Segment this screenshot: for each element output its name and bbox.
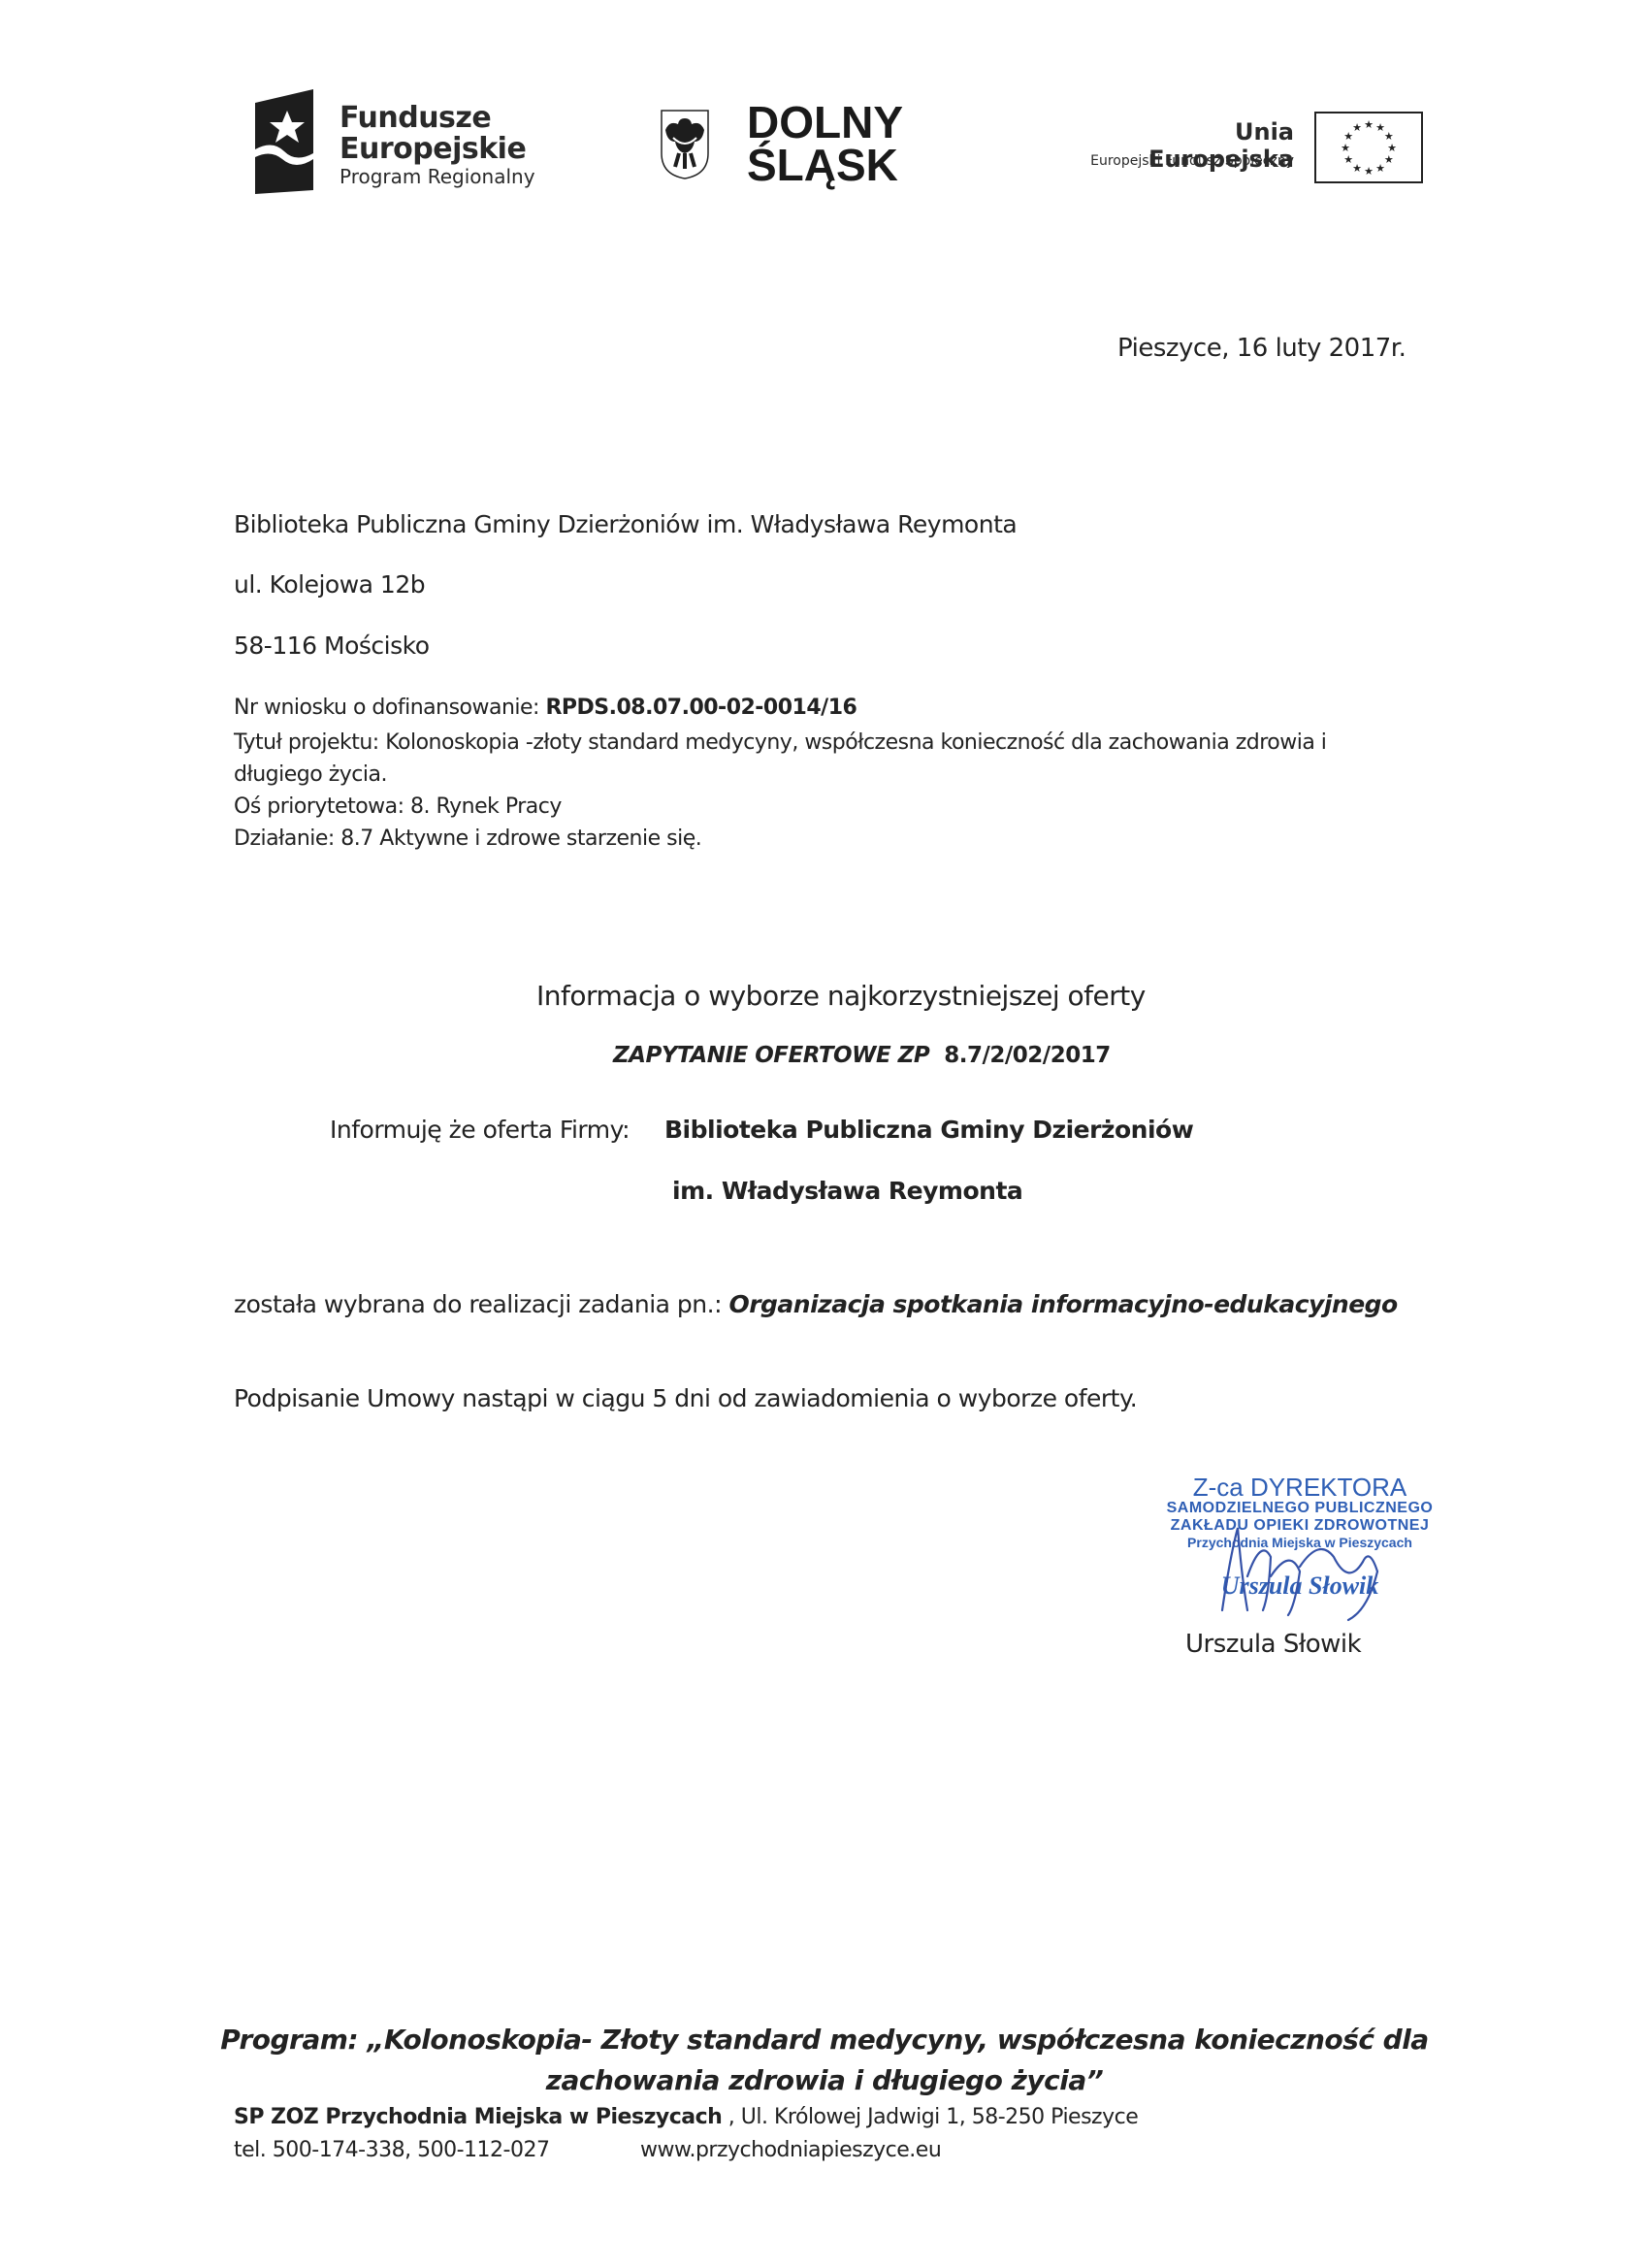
signer-name: Urszula Słowik: [1185, 1630, 1361, 1659]
lower-silesia-eagle-crest-icon: [660, 109, 710, 180]
fe-logo-subtitle: Program Regionalny: [339, 165, 535, 188]
action-line: Działanie: 8.7 Aktywne i zdrowe starzeni…: [234, 826, 701, 851]
svg-text:★: ★: [1352, 122, 1362, 134]
date-line: Pieszyce, 16 luty 2017r.: [1117, 334, 1406, 363]
region-logo-line1: DOLNY: [747, 101, 903, 144]
firm-name-line2: im. Władysława Reymonta: [672, 1177, 1022, 1205]
priority-axis: Oś priorytetowa: 8. Rynek Pracy: [234, 794, 562, 819]
svg-text:★: ★: [1341, 143, 1350, 154]
selection-label: została wybrana do realizacji zadania pn…: [234, 1290, 728, 1318]
footer-program-line1: Program: „Kolonoskopia- Złoty standard m…: [0, 2024, 1649, 2056]
inform-label: Informuję że oferta Firmy:: [330, 1116, 630, 1144]
stamp-line1: Z-ca DYREKTORA: [1125, 1474, 1474, 1500]
svg-text:★: ★: [1387, 143, 1397, 154]
region-logo-line2: ŚLĄSK: [747, 144, 903, 186]
handwritten-signature-icon: [1154, 1518, 1406, 1625]
footer-address: SP ZOZ Przychodnia Miejska w Pieszycach …: [234, 2105, 1138, 2129]
svg-text:★: ★: [1375, 163, 1385, 175]
svg-text:★: ★: [1352, 163, 1362, 175]
project-title-line2: długiego życia.: [234, 762, 387, 787]
footer-org-name: SP ZOZ Przychodnia Miejska w Pieszycach: [234, 2105, 722, 2129]
footer-org-address: , Ul. Królowej Jadwigi 1, 58-250 Pieszyc…: [722, 2105, 1138, 2129]
task-name: Organizacja spotkania informacyjno-eduka…: [728, 1290, 1397, 1318]
project-title-line1: Tytuł projektu: Kolonoskopia -złoty stan…: [234, 730, 1458, 755]
eu-flag-stars-icon: ★★★★★★★★★★★★: [1314, 112, 1423, 183]
fe-logo-line1: Fundusze: [339, 103, 526, 134]
application-label: Nr wniosku o dofinansowanie:: [234, 696, 545, 720]
svg-text:★: ★: [1384, 154, 1394, 166]
firm-name-line1: Biblioteka Publiczna Gminy Dzierżoniów: [664, 1116, 1193, 1144]
footer-phones: tel. 500-174-338, 500-112-027: [234, 2138, 549, 2162]
recipient-city: 58-116 Mościsko: [234, 632, 429, 660]
footer-program-line2: zachowania zdrowia i długiego życia”: [0, 2064, 1649, 2096]
svg-text:★: ★: [1343, 154, 1353, 166]
inquiry-number: 8.7/2/02/2017: [944, 1043, 1110, 1068]
application-number: RPDS.08.07.00-02-0014/16: [545, 696, 857, 720]
fe-logo-line2: Europejskie: [339, 134, 526, 165]
svg-text:★: ★: [1364, 119, 1374, 131]
fe-logo-title: Fundusze Europejskie: [339, 103, 526, 165]
application-number-line: Nr wniosku o dofinansowanie: RPDS.08.07.…: [234, 696, 857, 720]
signing-note: Podpisanie Umowy nastąpi w ciągu 5 dni o…: [234, 1384, 1137, 1412]
region-logo-text: DOLNY ŚLĄSK: [747, 101, 903, 186]
fundusze-europejskie-star-icon: [255, 89, 319, 194]
selection-statement: została wybrana do realizacji zadania pn…: [234, 1290, 1398, 1318]
recipient-name: Biblioteka Publiczna Gminy Dzierżoniów i…: [234, 510, 1017, 538]
svg-text:★: ★: [1384, 131, 1394, 143]
inquiry-label: ZAPYTANIE OFERTOWE ZP: [613, 1043, 929, 1068]
eu-logo-subtitle: Europejski Fundusz Społeczny: [1048, 153, 1294, 169]
footer-website-link[interactable]: www.przychodniapieszyce.eu: [640, 2138, 941, 2162]
svg-text:★: ★: [1364, 166, 1374, 178]
notice-heading: Informacja o wyborze najkorzystniejszej …: [536, 980, 1146, 1012]
recipient-street: ul. Kolejowa 12b: [234, 570, 425, 599]
stamp-line2: SAMODZIELNEGO PUBLICZNEGO: [1125, 1500, 1474, 1517]
inquiry-reference: ZAPYTANIE OFERTOWE ZP 8.7/2/02/2017: [613, 1043, 1111, 1068]
